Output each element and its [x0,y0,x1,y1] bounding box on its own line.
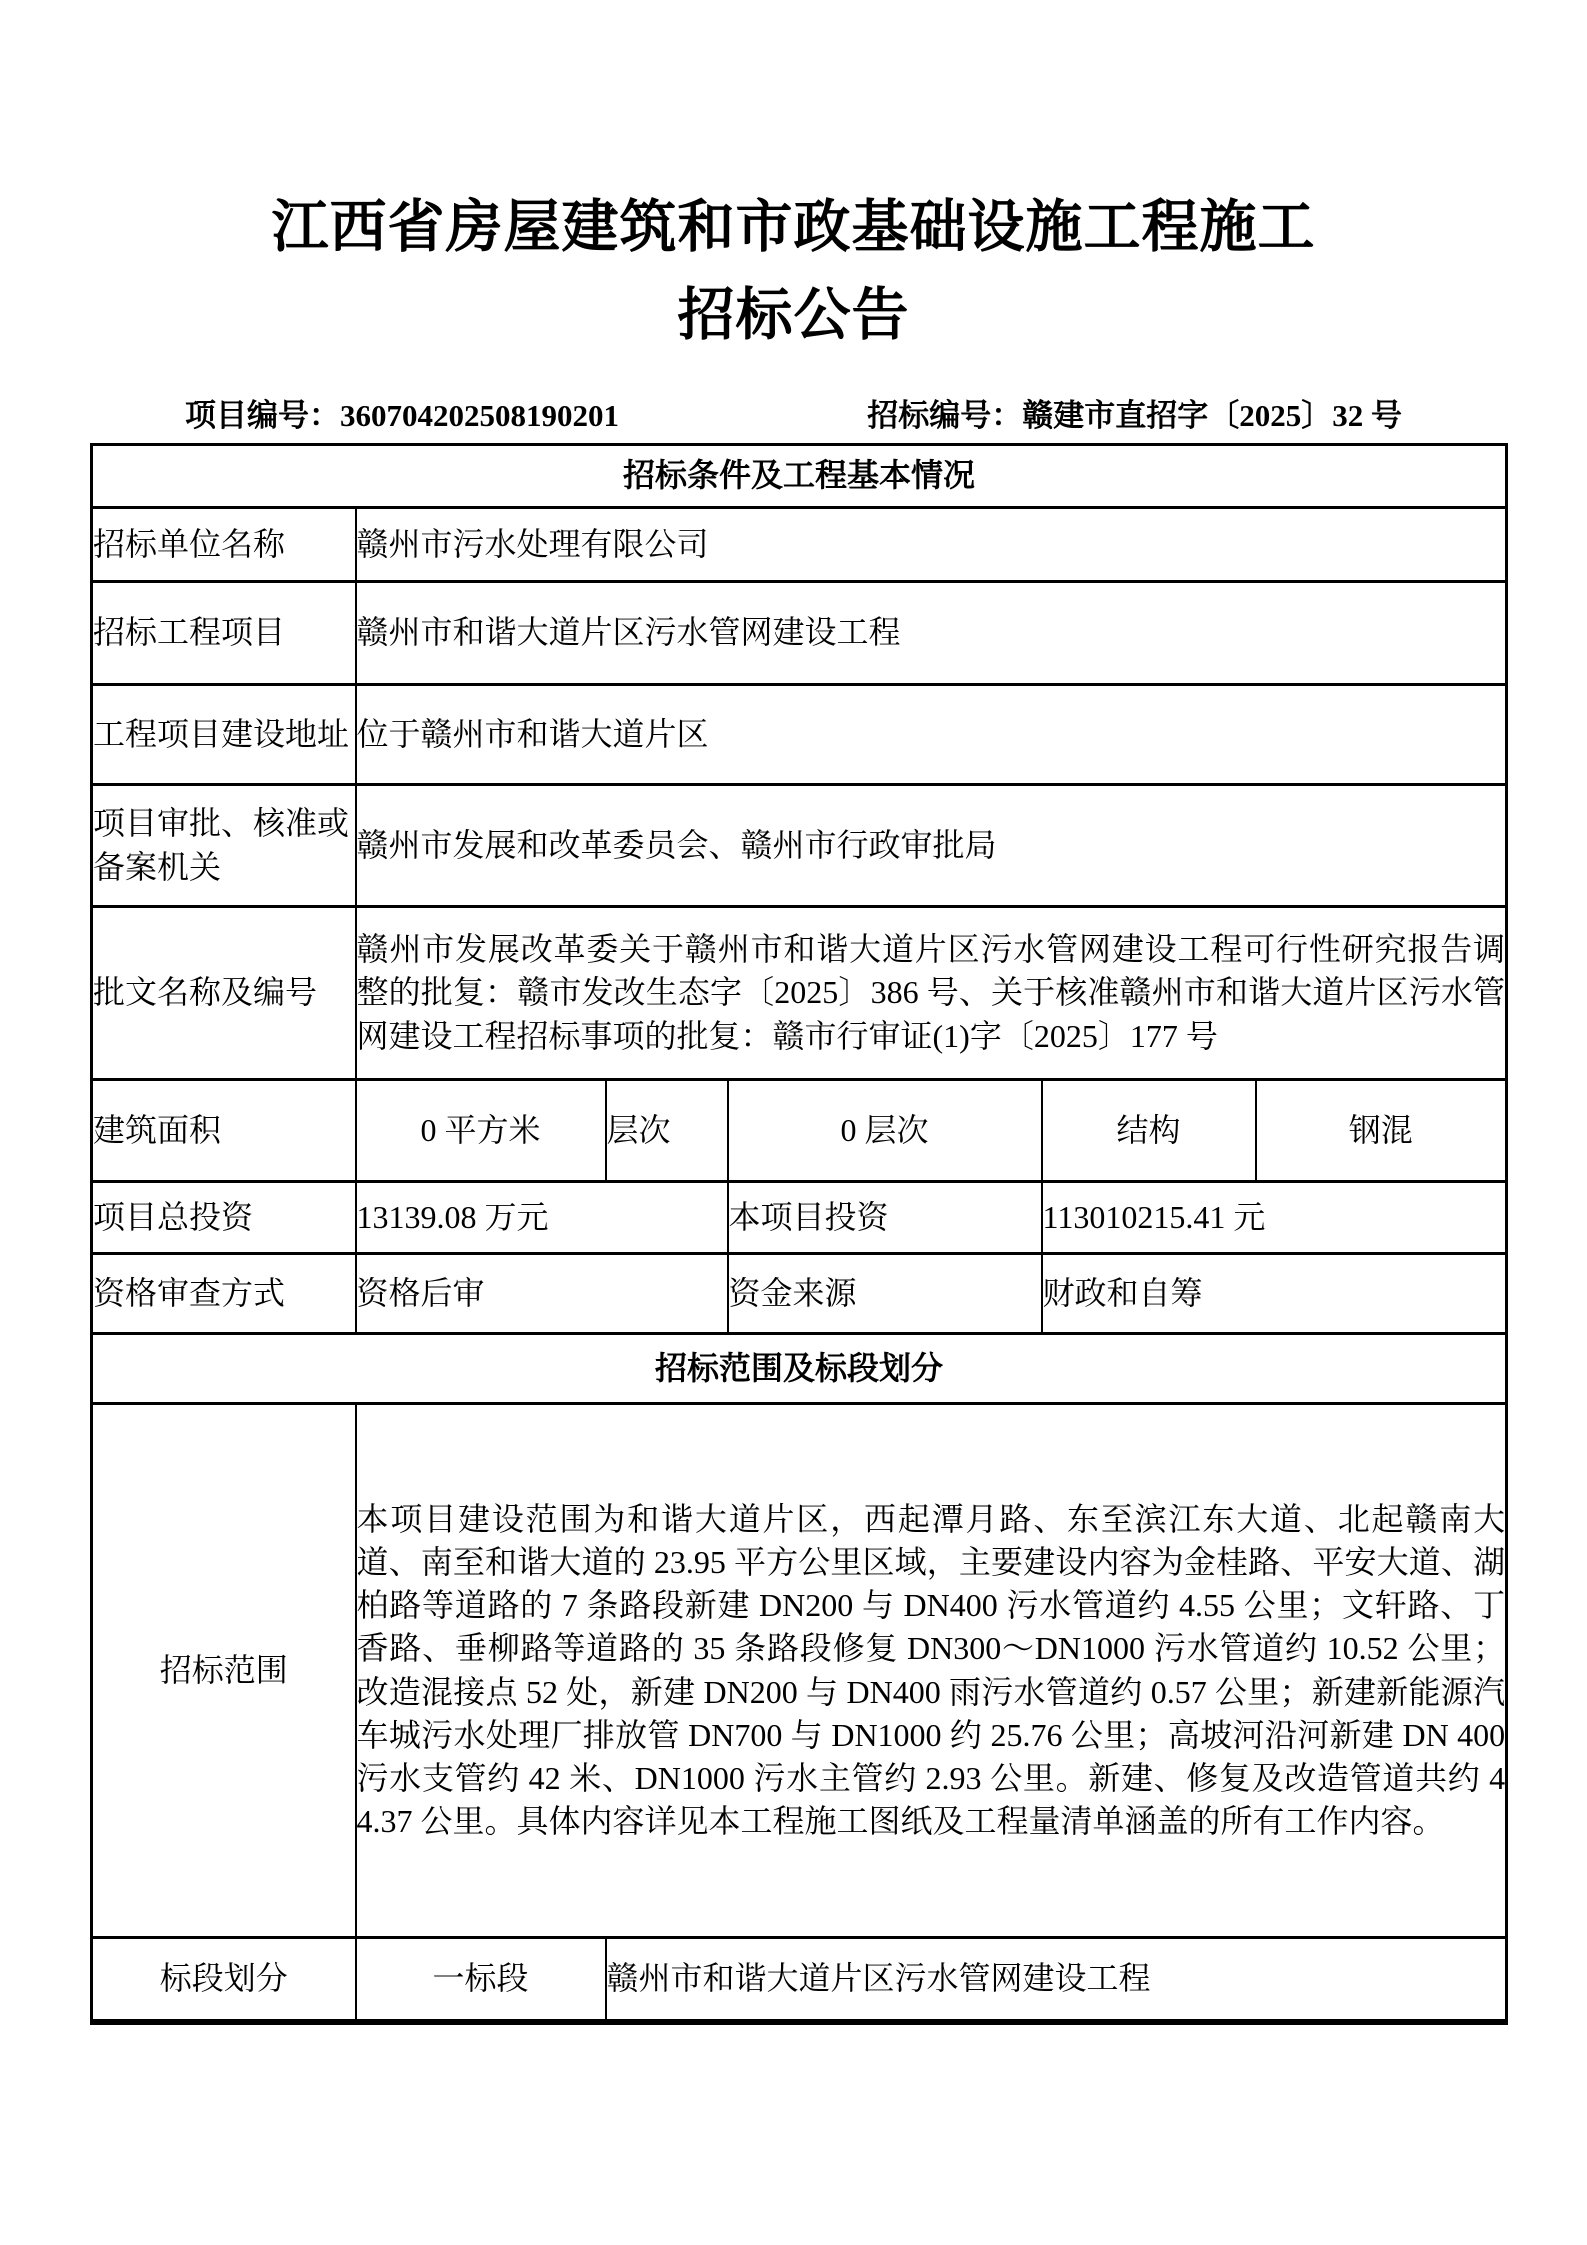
label-tender-project: 招标工程项目 [92,582,356,685]
value-tender-scope: 本项目建设范围为和谐大道片区，西起潭月路、东至滨江东大道、北起赣南大道、南至和谐… [356,1404,1507,1938]
table-row: 建筑面积 0 平方米 层次 0 层次 结构 钢混 [92,1080,1507,1182]
page-title-line2: 招标公告 [0,272,1587,360]
table-row: 招标范围 本项目建设范围为和谐大道片区，西起潭月路、东至滨江东大道、北起赣南大道… [92,1404,1507,1938]
label-building-area: 建筑面积 [92,1080,356,1182]
table-row: 工程项目建设地址 位于赣州市和谐大道片区 [92,685,1507,785]
label-tender-unit: 招标单位名称 [92,508,356,582]
table-row: 招标单位名称 赣州市污水处理有限公司 [92,508,1507,582]
label-funding-source: 资金来源 [728,1254,1042,1334]
label-structure: 结构 [1042,1080,1256,1182]
tender-table: 招标条件及工程基本情况 招标单位名称 赣州市污水处理有限公司 招标工程项目 赣州… [90,443,1508,2025]
value-project-investment: 113010215.41 元 [1042,1182,1507,1254]
value-floors: 0 层次 [728,1080,1042,1182]
page-title: 江西省房屋建筑和市政基础设施工程施工 招标公告 [0,184,1587,360]
value-qualification: 资格后审 [356,1254,728,1334]
label-floors: 层次 [606,1080,728,1182]
value-section-name: 一标段 [356,1938,606,2022]
label-project-investment: 本项目投资 [728,1182,1042,1254]
value-approval-authority: 赣州市发展和改革委员会、赣州市行政审批局 [356,785,1507,907]
section2-header: 招标范围及标段划分 [92,1334,1507,1404]
label-total-investment: 项目总投资 [92,1182,356,1254]
table-row: 资格审查方式 资格后审 资金来源 财政和自筹 [92,1254,1507,1334]
label-tender-scope: 招标范围 [92,1404,356,1938]
table-row: 招标范围及标段划分 [92,1334,1507,1404]
tender-number: 招标编号：赣建市直招字〔2025〕32 号 [867,394,1402,438]
value-section-project: 赣州市和谐大道片区污水管网建设工程 [606,1938,1507,2022]
value-total-investment: 13139.08 万元 [356,1182,728,1254]
label-section-division: 标段划分 [92,1938,356,2022]
label-approval-doc: 批文名称及编号 [92,907,356,1080]
table-row: 批文名称及编号 赣州市发展改革委关于赣州市和谐大道片区污水管网建设工程可行性研究… [92,907,1507,1080]
value-funding-source: 财政和自筹 [1042,1254,1507,1334]
table-row: 招标条件及工程基本情况 [92,445,1507,508]
meta-line: 项目编号：360704202508190201 招标编号：赣建市直招字〔2025… [185,394,1402,438]
value-tender-unit: 赣州市污水处理有限公司 [356,508,1507,582]
value-project-address: 位于赣州市和谐大道片区 [356,685,1507,785]
value-structure: 钢混 [1256,1080,1507,1182]
project-number: 项目编号：360704202508190201 [185,394,619,438]
label-approval-authority: 项目审批、核准或备案机关 [92,785,356,907]
table-row: 项目总投资 13139.08 万元 本项目投资 113010215.41 元 [92,1182,1507,1254]
table-row: 招标工程项目 赣州市和谐大道片区污水管网建设工程 [92,582,1507,685]
label-qualification: 资格审查方式 [92,1254,356,1334]
table-row: 标段划分 一标段 赣州市和谐大道片区污水管网建设工程 [92,1938,1507,2022]
value-tender-project: 赣州市和谐大道片区污水管网建设工程 [356,582,1507,685]
value-building-area: 0 平方米 [356,1080,606,1182]
table-row: 项目审批、核准或备案机关 赣州市发展和改革委员会、赣州市行政审批局 [92,785,1507,907]
label-project-address: 工程项目建设地址 [92,685,356,785]
section1-header: 招标条件及工程基本情况 [92,445,1507,508]
page-title-line1: 江西省房屋建筑和市政基础设施工程施工 [0,184,1587,272]
document-page: { "page": { "title_line1": "江西省房屋建筑和市政基础… [0,0,1587,2245]
value-approval-doc: 赣州市发展改革委关于赣州市和谐大道片区污水管网建设工程可行性研究报告调整的批复：… [356,907,1507,1080]
